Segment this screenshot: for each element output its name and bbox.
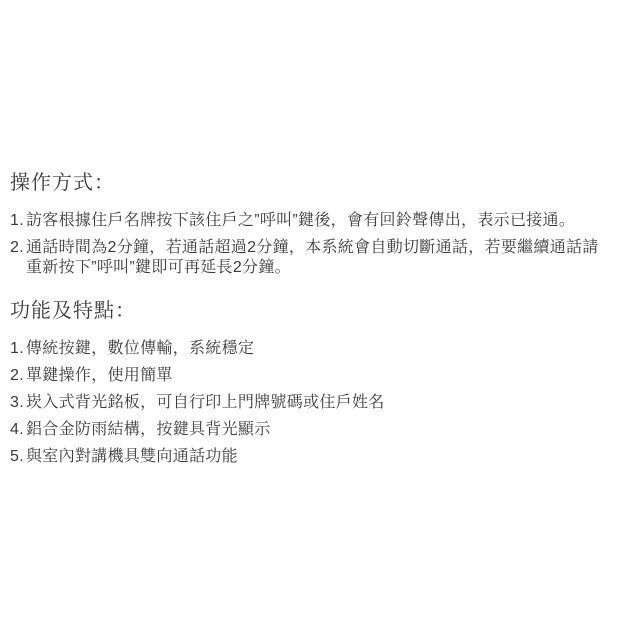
list-item-text: 單鍵操作，使用簡單: [26, 367, 173, 384]
list-item: 2. 通話時間為2分鐘，若通話超過2分鐘，本系統會自動切斷通話，若要繼續通話請重…: [10, 238, 606, 278]
list-item: 1. 傳統按鍵，數位傳輸，系統穩定: [10, 339, 606, 359]
list-item-text: 與室內對講機具雙向通話功能: [26, 448, 238, 465]
list-item-text: 鋁合金防雨結構，按鍵具背光顯示: [26, 421, 271, 438]
list-item-number: 5.: [10, 447, 24, 467]
description-content: 操作方式： 1. 訪客根據住戶名牌按下該住戶之”呼叫”鍵後，會有回鈴聲傳出，表示…: [0, 0, 640, 467]
list-item-number: 4.: [10, 420, 24, 440]
list-item: 5. 與室內對講機具雙向通話功能: [10, 447, 606, 467]
list-item-number: 3.: [10, 393, 24, 413]
list-item: 2. 單鍵操作，使用簡單: [10, 366, 606, 386]
product-description-page: 操作方式： 1. 訪客根據住戶名牌按下該住戶之”呼叫”鍵後，會有回鈴聲傳出，表示…: [0, 0, 640, 640]
list-item-text: 通話時間為2分鐘，若通話超過2分鐘，本系統會自動切斷通話，若要繼續通話請重新按下…: [26, 239, 599, 276]
list-item-text: 傳統按鍵，數位傳輸，系統穩定: [26, 340, 254, 357]
section-heading-features: 功能及特點：: [10, 298, 606, 324]
operation-steps-list: 1. 訪客根據住戶名牌按下該住戶之”呼叫”鍵後，會有回鈴聲傳出，表示已接通。 2…: [10, 211, 606, 278]
section-heading-operation: 操作方式：: [10, 170, 606, 196]
list-item-number: 2.: [10, 366, 24, 386]
list-item-text: 訪客根據住戶名牌按下該住戶之”呼叫”鍵後，會有回鈴聲傳出，表示已接通。: [26, 212, 575, 229]
list-item: 1. 訪客根據住戶名牌按下該住戶之”呼叫”鍵後，會有回鈴聲傳出，表示已接通。: [10, 211, 606, 231]
list-item: 3. 崁入式背光銘板，可自行印上門牌號碼或住戶姓名: [10, 393, 606, 413]
list-item-number: 2.: [10, 238, 24, 258]
list-item-text: 崁入式背光銘板，可自行印上門牌號碼或住戶姓名: [26, 394, 385, 411]
list-item-number: 1.: [10, 211, 24, 231]
list-item: 4. 鋁合金防雨結構，按鍵具背光顯示: [10, 420, 606, 440]
list-item-number: 1.: [10, 339, 24, 359]
features-list: 1. 傳統按鍵，數位傳輸，系統穩定 2. 單鍵操作，使用簡單 3. 崁入式背光銘…: [10, 339, 606, 467]
